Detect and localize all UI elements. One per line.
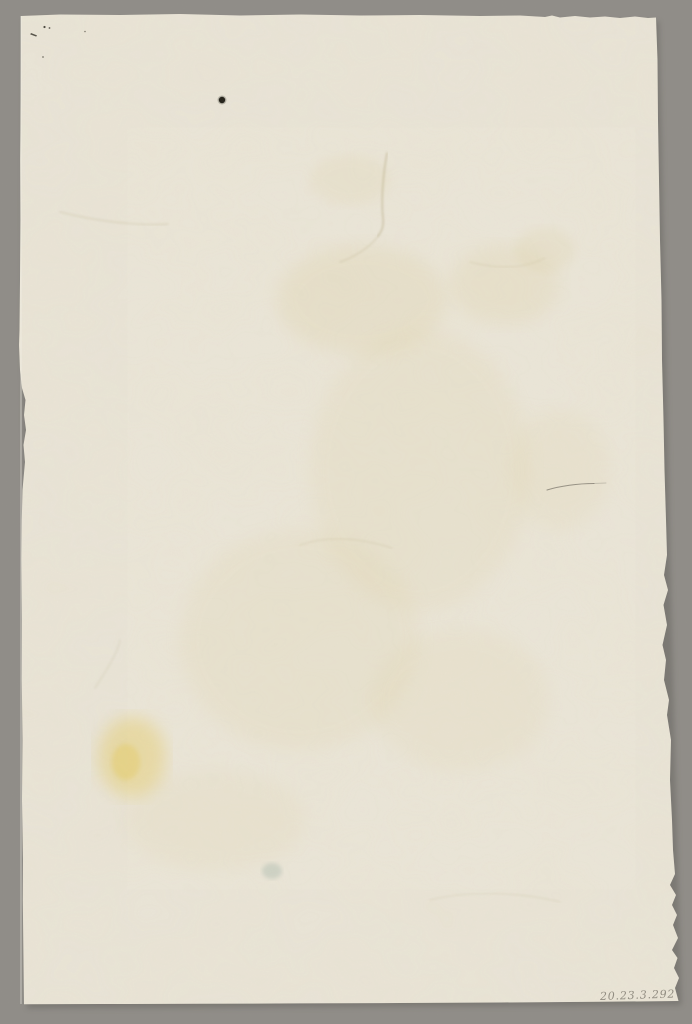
photo-canvas: 20.23.3.292 [0,0,692,1024]
accession-number: 20.23.3.292 [599,987,676,1003]
artwork-photograph: 20.23.3.292 [0,0,692,1024]
paper-grain [0,0,692,1024]
